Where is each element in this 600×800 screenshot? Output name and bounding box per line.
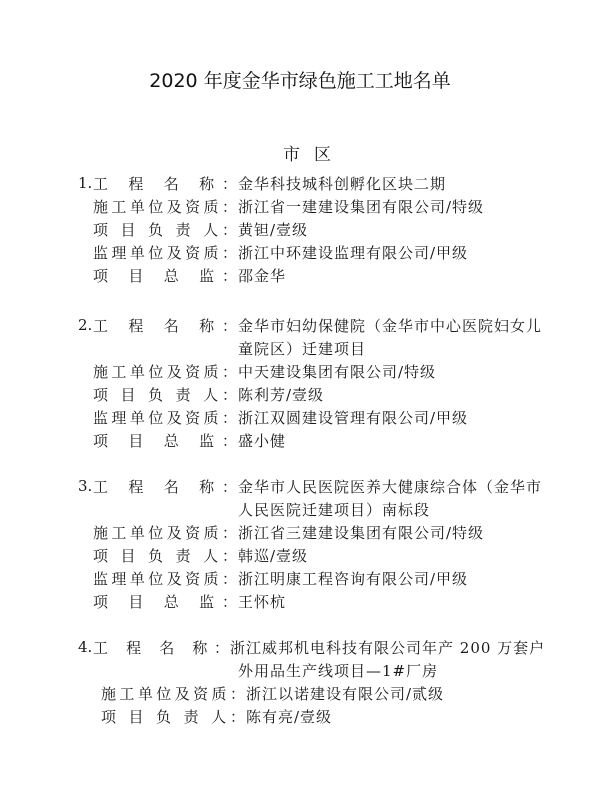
label-contractor: 施工单位及资质： [93,523,238,543]
chief-supervisor: 邵金华 [238,266,286,286]
project-name-line-1: 浙江威邦机电科技有限公司年产 200 万套户 [230,638,545,658]
project-manager: 陈有亮/壹级 [246,707,332,727]
entry-number: 4. [78,638,92,656]
project-manager: 韩巡/壹级 [238,546,308,566]
label-chief-supervisor: 项 目 总 监： [93,266,238,286]
project-name-line-2: 外用品生产线项目—1#厂房 [238,661,438,681]
project-manager: 陈利芳/壹级 [238,385,324,405]
contractor: 浙江以诺建设有限公司/贰级 [246,684,444,704]
label-project-manager: 项 目 负 责 人： [93,220,238,240]
project-name-line-2: 童院区）迁建项目 [238,339,366,359]
entry-number: 1. [78,174,92,192]
project-manager: 黄钽/壹级 [238,220,308,240]
section-heading: 市区 [0,140,600,165]
project-name: 金华科技城科创孵化区块二期 [238,174,446,194]
label-contractor: 施工单位及资质： [93,362,238,382]
document-title: 2020 年度金华市绿色施工工地名单 [0,66,600,93]
label-chief-supervisor: 项 目 总 监： [93,431,238,451]
supervisor-unit: 浙江双圆建设管理有限公司/甲级 [238,408,468,428]
project-name-line-2: 人民医院迁建项目）南标段 [238,500,430,520]
project-name-line-1: 金华市妇幼保健院（金华市中心医院妇女儿 [238,316,542,336]
supervisor-unit: 浙江明康工程咨询有限公司/甲级 [238,569,468,589]
label-supervisor-unit: 监理单位及资质： [93,408,238,428]
label-contractor: 施工单位及资质： [101,684,246,704]
label-project-name: 工 程 名 称： [93,316,238,336]
contractor: 浙江省三建建设集团有限公司/特级 [238,523,484,543]
chief-supervisor: 盛小健 [238,431,286,451]
label-project-name: 工 程 名 称： [93,638,230,658]
entry-number: 3. [78,477,92,495]
contractor: 浙江省一建建设集团有限公司/特级 [238,197,484,217]
label-supervisor-unit: 监理单位及资质： [93,243,238,263]
label-project-manager: 项 目 负 责 人： [101,707,246,727]
label-supervisor-unit: 监理单位及资质： [93,569,238,589]
entry-number: 2. [78,316,92,334]
label-project-name: 工 程 名 称： [93,477,238,497]
label-project-name: 工 程 名 称： [93,174,238,194]
project-name-line-1: 金华市人民医院医养大健康综合体（金华市 [238,477,542,497]
label-contractor: 施工单位及资质： [93,197,238,217]
label-project-manager: 项 目 负 责 人： [93,385,238,405]
label-chief-supervisor: 项 目 总 监： [93,592,238,612]
contractor: 中天建设集团有限公司/特级 [238,362,436,382]
chief-supervisor: 王怀杭 [238,592,286,612]
label-project-manager: 项 目 负 责 人： [93,546,238,566]
supervisor-unit: 浙江中环建设监理有限公司/甲级 [238,243,468,263]
